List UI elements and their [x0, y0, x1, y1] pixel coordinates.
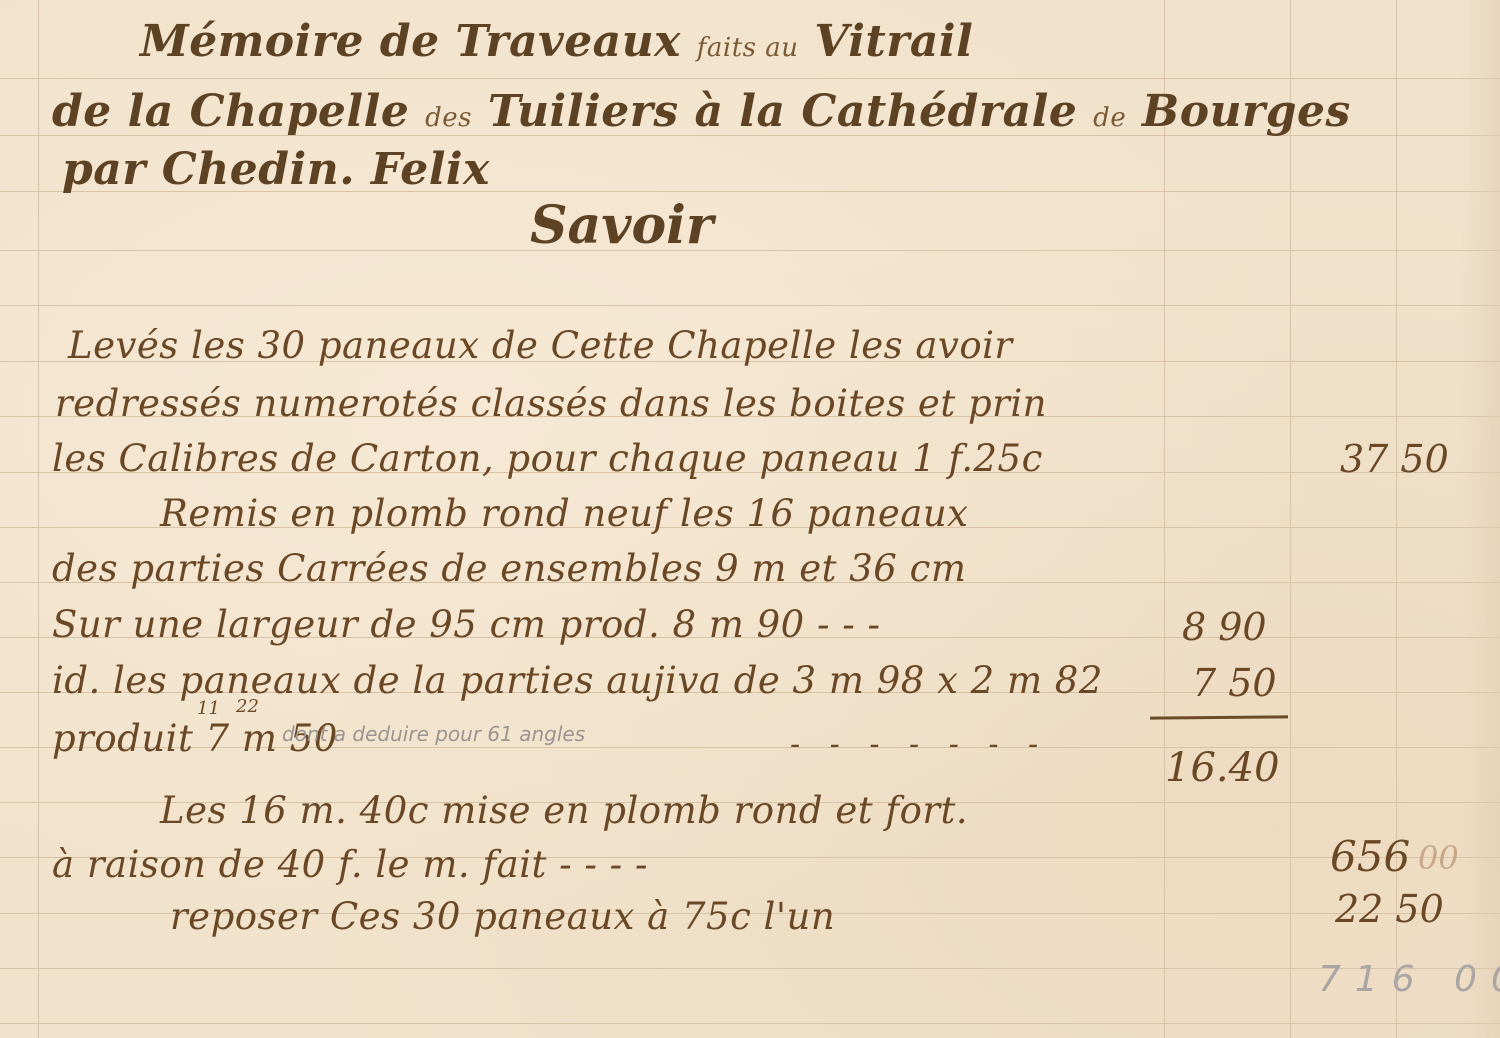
entry-3-subtotal: 7 50	[1192, 664, 1277, 702]
title-text-small: des	[425, 103, 472, 133]
pencil-grand-total: 716 00	[1318, 962, 1500, 998]
ruled-line	[0, 1023, 1500, 1024]
title-text: Bourges	[1142, 86, 1351, 137]
title-text: de la Chapelle	[52, 86, 409, 137]
title-text-small: faits au	[697, 33, 799, 63]
entry-5-amount: 22 50	[1335, 890, 1444, 928]
entry-5-line-1: reposer Ces 30 paneaux à 75c l'un	[170, 898, 835, 935]
entry-3-dashes: - - - - - - -	[790, 730, 1048, 760]
title-text: Vitrail	[814, 16, 973, 67]
title-text: Mémoire de Traveaux	[140, 16, 681, 67]
ruled-line	[0, 250, 1500, 251]
author-text: par Chedin. Felix	[62, 144, 490, 195]
column-rule-cents	[1290, 0, 1291, 1038]
heading-text: Savoir	[530, 195, 713, 256]
title-line-2: de la Chapelle des Tuiliers à la Cathédr…	[52, 90, 1351, 134]
sum-underline	[1150, 715, 1288, 719]
heading-savoir: Savoir	[530, 200, 713, 252]
entry-2-line-3: Sur une largeur de 95 cm prod. 8 m 90 - …	[52, 606, 881, 643]
entry-2-line-1: Remis en plomb rond neuf les 16 paneaux	[160, 495, 969, 532]
margin-rule-left	[38, 0, 39, 1038]
entry-1-line-2: redressés numerotés classés dans les boi…	[55, 385, 1047, 422]
title-line-3-author: par Chedin. Felix	[62, 148, 490, 192]
title-text-small: de	[1093, 103, 1126, 133]
title-line-1: Mémoire de Traveaux faits au Vitrail	[140, 20, 973, 64]
ruled-line	[0, 78, 1500, 79]
superscript-22: 22	[236, 698, 259, 716]
entry-3-sum: 16.40	[1165, 748, 1280, 788]
entry-4-amount: 656	[1330, 836, 1410, 878]
manuscript-page: Mémoire de Traveaux faits au Vitrail de …	[0, 0, 1500, 1038]
entry-1-line-1: Levés les 30 paneaux de Cette Chapelle l…	[68, 327, 1013, 364]
ruled-line	[0, 968, 1500, 969]
entry-4-line-1: Les 16 m. 40c mise en plomb rond et fort…	[160, 792, 968, 829]
column-rule-right	[1396, 0, 1397, 1038]
entry-4-line-2: à raison de 40 f. le m. fait - - - -	[52, 846, 648, 883]
entry-2-line-2: des parties Carrées de ensembles 9 m et …	[52, 550, 966, 587]
title-text: Tuiliers à la Cathédrale	[488, 86, 1077, 137]
entry-2-subtotal: 8 90	[1182, 608, 1267, 646]
entry-1-amount: 37 50	[1340, 440, 1449, 478]
ruled-line	[0, 305, 1500, 306]
entry-1-line-3: les Calibres de Carton, pour chaque pane…	[52, 440, 1043, 477]
pencil-note-deduction: dont a deduire pour 61 angles	[282, 724, 585, 744]
column-rule-francs	[1164, 0, 1165, 1038]
superscript-11: 11	[197, 700, 220, 718]
paper-edge	[1460, 0, 1500, 1038]
entry-3-line-1: id. les paneaux de la parties aujiva de …	[52, 662, 1103, 699]
entry-4-amount-cents: 00	[1418, 842, 1459, 874]
